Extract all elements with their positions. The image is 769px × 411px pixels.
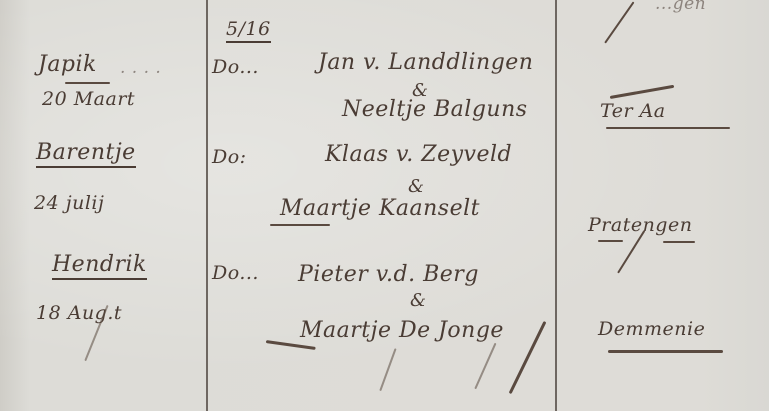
entry-1-underline xyxy=(65,82,110,84)
entry-2-bride: Maartje Kaanselt xyxy=(280,196,480,221)
entry-2-place-underline-a xyxy=(598,240,623,242)
entry-1-place-flourish xyxy=(610,85,675,99)
entry-3-groom: Pieter v.d. Berg xyxy=(298,262,479,287)
entry-3-descender-c xyxy=(474,343,496,389)
entry-1-date: 20 Maart xyxy=(42,88,135,110)
column-rule-right xyxy=(555,0,557,411)
entry-1-groom: Jan v. Landdlingen xyxy=(318,50,533,75)
entry-1-place-underline xyxy=(606,127,730,129)
entry-2-place: Pratengen xyxy=(588,214,692,236)
entry-3-date: 18 Aug.t xyxy=(36,302,122,324)
pen-flourish xyxy=(604,1,634,43)
header-number: 5/16 xyxy=(226,18,271,43)
entry-3-descender-b xyxy=(379,348,396,391)
entry-2-place-underline-b xyxy=(663,241,695,243)
entry-3-name: Hendrik xyxy=(52,252,147,280)
entry-3-bride: Maartje De Jonge xyxy=(300,318,504,343)
entry-3-ampersand: & xyxy=(410,290,427,311)
top-fragment: ...gen xyxy=(655,0,706,14)
entry-3-place-underline xyxy=(608,350,723,353)
entry-1-bride: Neeltje Balguns xyxy=(342,97,528,122)
entry-1-name: Japik xyxy=(38,52,97,77)
register-page: ...gen 5/16 Japik . . . . 20 Maart Do...… xyxy=(0,0,769,411)
entry-1-ditto: Do... xyxy=(212,56,259,78)
entry-2-bride-flourish xyxy=(270,224,330,226)
entry-3-place: Demmenie xyxy=(598,318,705,340)
entry-2-date: 24 julij xyxy=(34,192,104,214)
entry-3-descender-long xyxy=(509,321,547,394)
entry-3-ditto: Do... xyxy=(212,262,259,284)
entry-2-ditto: Do: xyxy=(212,146,247,168)
entry-2-descender xyxy=(617,230,645,273)
entry-2-groom: Klaas v. Zeyveld xyxy=(325,142,512,167)
column-rule-left xyxy=(206,0,208,411)
entry-2-name: Barentje xyxy=(36,140,136,168)
entry-1-leader: . . . . xyxy=(120,58,161,78)
entry-2-ampersand: & xyxy=(408,176,425,197)
entry-1-place: Ter Aa xyxy=(600,100,666,122)
